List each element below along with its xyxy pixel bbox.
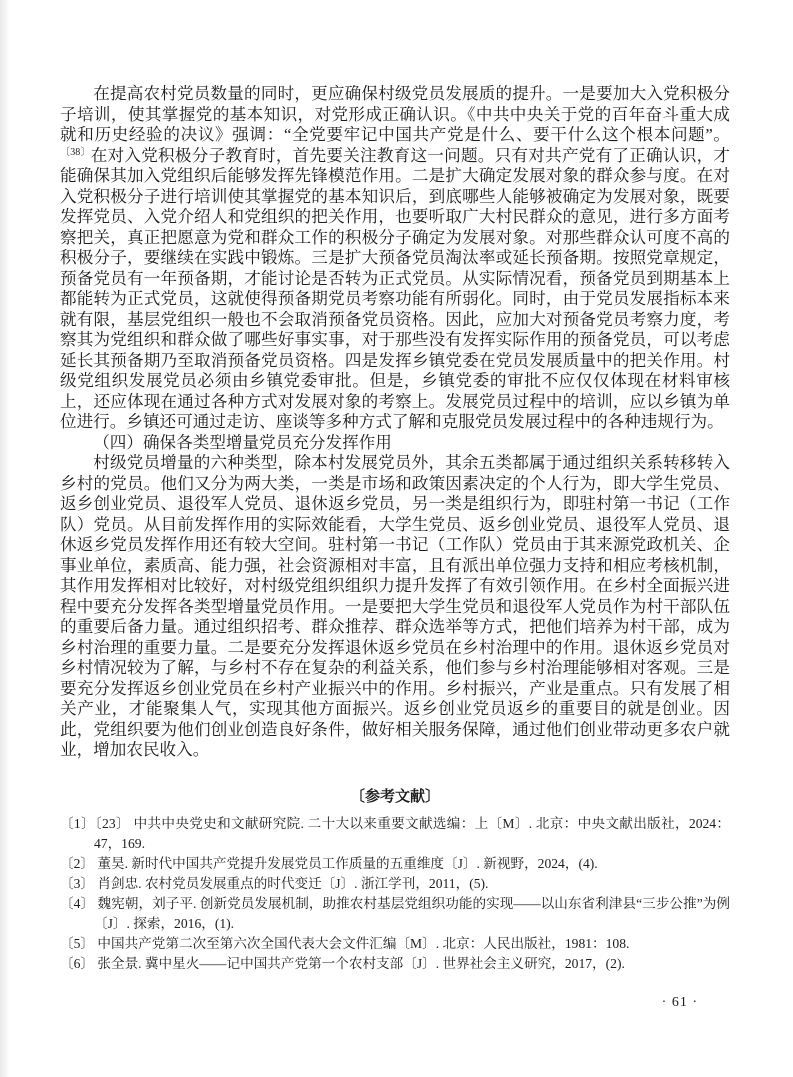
paragraph-2: 村级党员增量的六种类型，除本村发展党员外，其余五类都属于通过组织关系转移转入乡村… — [60, 453, 730, 761]
reference-item-5: 〔5〕 中国共产党第二次至第六次全国代表大会文件汇编〔M〕. 北京：人民出版社，… — [60, 934, 730, 954]
reference-item-3: 〔3〕 肖剑忠. 农村党员发展重点的时代变迁〔J〕. 浙江学刊，2011，(5)… — [60, 874, 730, 894]
section-heading-4: （四）确保各类型增量党员充分发挥作用 — [60, 433, 730, 454]
paragraph-1-text: 在提高农村党员数量的同时，更应确保村级党员发展质的提升。一是要加大入党积极分子培… — [60, 84, 730, 144]
references-heading: 〔参考文献〕 — [60, 787, 730, 807]
scan-edge-shadow — [0, 0, 10, 1077]
references-list: 〔1〕〔23〕 中共中央党史和文献研究院. 二十大以来重要文献选编：上〔M〕. … — [60, 814, 730, 974]
paragraph-1-text-continued: 在对入党积极分子教育时，首先要关注教育这一问题。只有对共产党有了正确认识，才能确… — [60, 146, 730, 432]
footnote-reference-38: 〔38〕 — [60, 147, 91, 158]
document-page: 在提高农村党员数量的同时，更应确保村级党员发展质的提升。一是要加大入党积极分子培… — [0, 0, 793, 1077]
reference-item-2: 〔2〕 董昊. 新时代中国共产党提升发展党员工作质量的五重维度〔J〕. 新视野，… — [60, 854, 730, 874]
reference-item-6: 〔6〕 张全景. 冀中星火——记中国共产党第一个农村支部〔J〕. 世界社会主义研… — [60, 954, 730, 974]
reference-item-4: 〔4〕 魏宪朝，刘子平. 创新党员发展机制，助推农村基层党组织功能的实现——以山… — [60, 894, 730, 934]
paragraph-1: 在提高农村党员数量的同时，更应确保村级党员发展质的提升。一是要加大入党积极分子培… — [60, 84, 730, 433]
page-content: 在提高农村党员数量的同时，更应确保村级党员发展质的提升。一是要加大入党积极分子培… — [60, 84, 730, 974]
page-number: · 61 · — [662, 995, 698, 1011]
reference-item-1: 〔1〕〔23〕 中共中央党史和文献研究院. 二十大以来重要文献选编：上〔M〕. … — [60, 814, 730, 854]
